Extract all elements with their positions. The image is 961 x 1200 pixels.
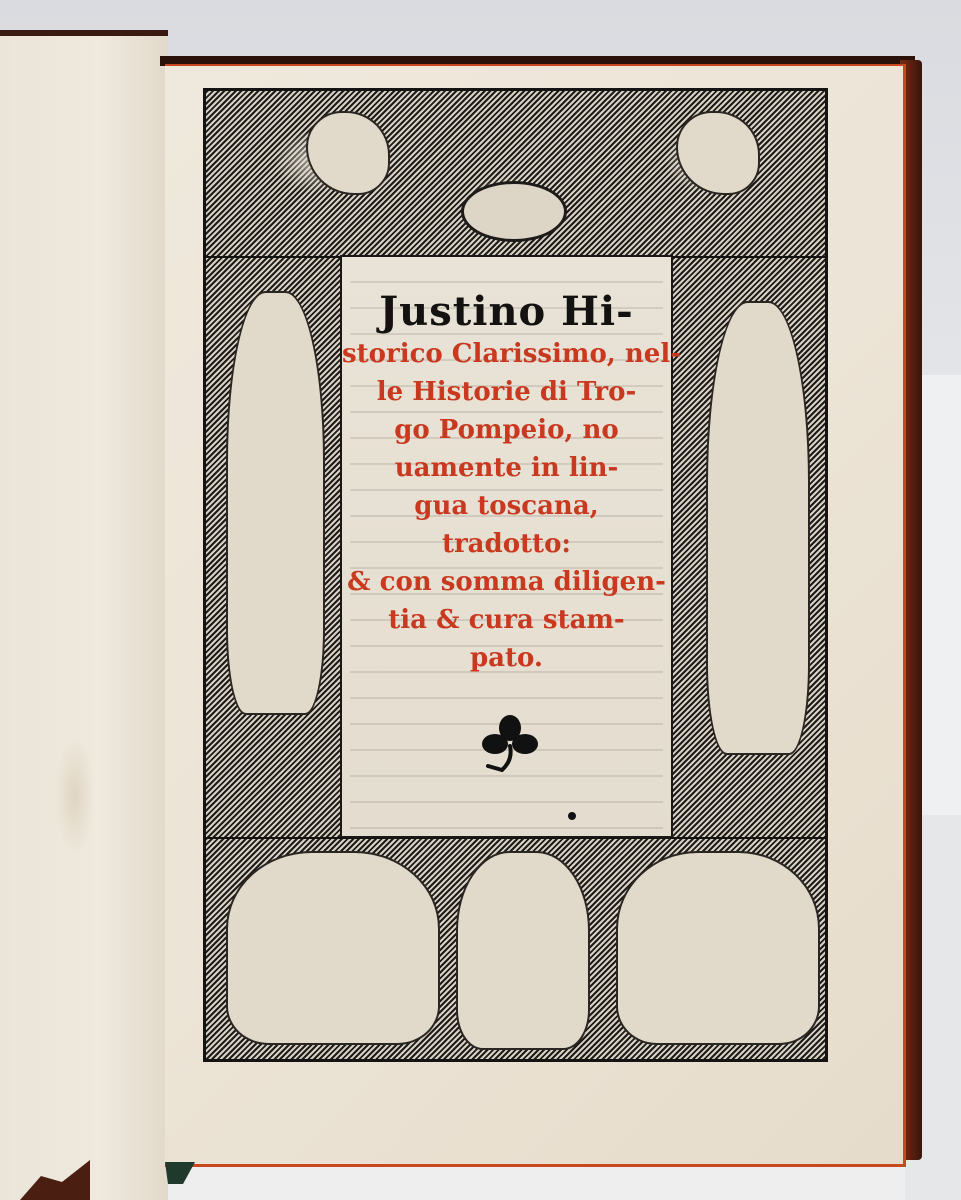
eagle-left-icon [306, 111, 390, 195]
title-line: go Pompeio, no [342, 411, 671, 449]
eagle-right-icon [676, 111, 760, 195]
title-line: Justino Hi- [342, 293, 671, 331]
trefoil-fleuron-icon [480, 712, 540, 776]
left-flyleaf [0, 30, 168, 1200]
title-line: le Historie di Tro- [342, 373, 671, 411]
title-line: storico Clarissimo, nel- [342, 335, 671, 373]
soldiers-right [616, 851, 820, 1045]
title-line: tradotto: [342, 525, 671, 563]
shield-icon [461, 181, 567, 242]
warrior-figure-right [706, 301, 810, 755]
title-line: uamente in lin- [342, 449, 671, 487]
courtiers-left [226, 851, 440, 1045]
title-line: & con somma diligen- [342, 563, 671, 601]
ink-dot [568, 812, 576, 820]
title-text: Justino Hi- storico Clarissimo, nel- le … [342, 293, 671, 677]
title-line: gua toscana, [342, 487, 671, 525]
title-line: pato. [342, 639, 671, 677]
title-line: tia & cura stam- [342, 601, 671, 639]
trophy-figure-left [226, 291, 325, 715]
king-figure [456, 851, 590, 1050]
paper-stain [55, 736, 95, 856]
bookmark-ribbon [165, 1162, 195, 1184]
